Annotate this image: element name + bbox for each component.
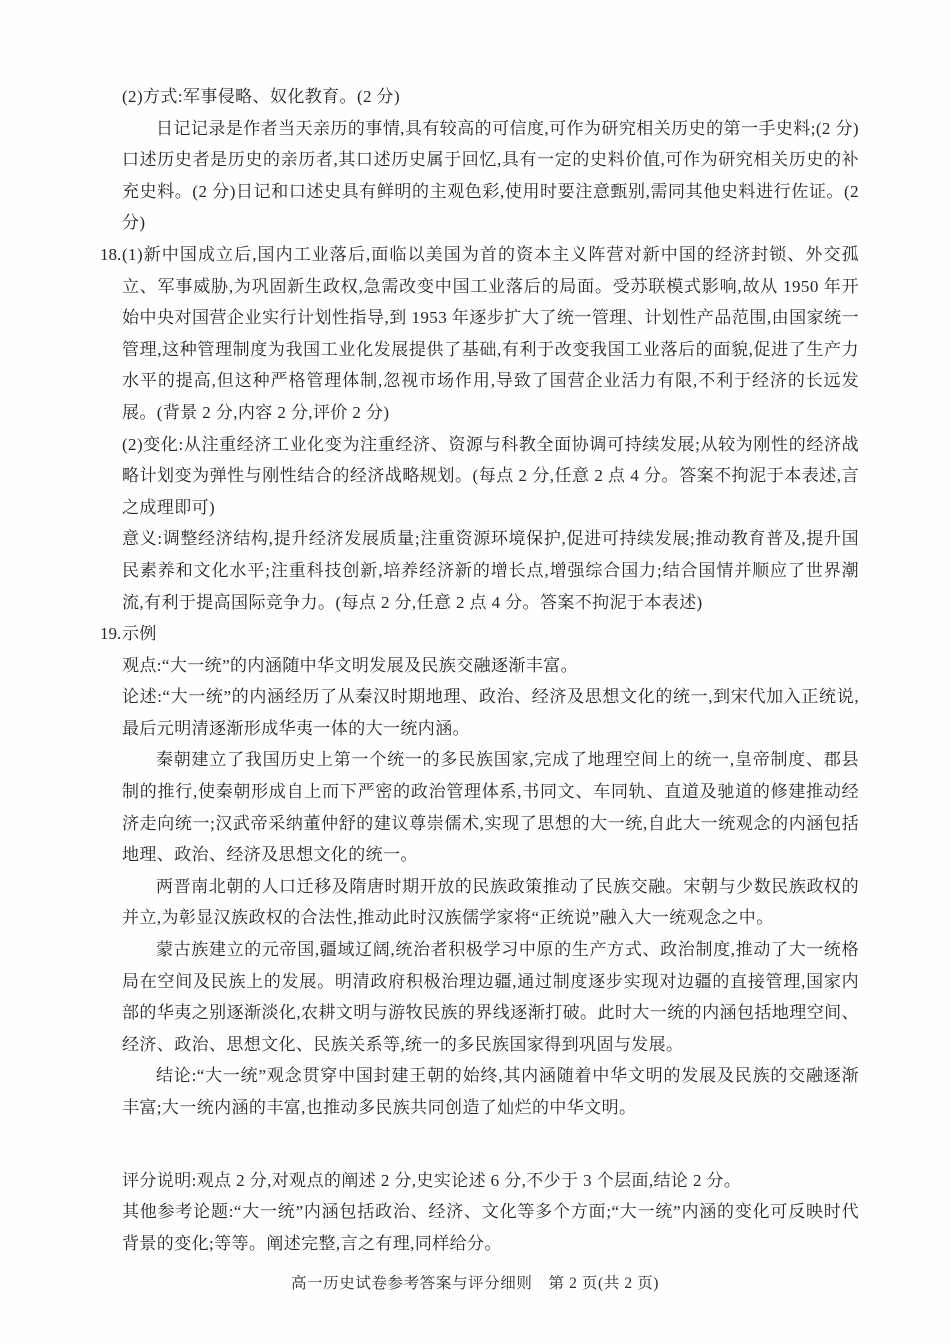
- page-footer: 高一历史试卷参考答案与评分细则 第 2 页(共 2 页): [0, 1272, 950, 1296]
- answer-17-method-line: (2)方式:军事侵略、奴化教育。(2 分): [122, 81, 859, 113]
- question-18-number: 18.: [100, 239, 121, 271]
- answer-18-meaning: 意义:调整经济结构,提升经济发展质量;注重资源环境保护,促进可持续发展;推动教育…: [122, 523, 859, 618]
- footer-text: 高一历史试卷参考答案与评分细则 第 2 页(共 2 页): [291, 1275, 659, 1292]
- answer-19-exposition: 论述:“大一统”的内涵经历了从秦汉时期地理、政治、经济及思想文化的统一,到宋代加…: [122, 681, 859, 744]
- answer-sheet-content: (2)方式:军事侵略、奴化教育。(2 分) 日记记录是作者当天亲历的事情,具有较…: [122, 81, 859, 1259]
- answer-19-example-text: 示例: [122, 624, 157, 643]
- answer-19-viewpoint: 观点:“大一统”的内涵随中华文明发展及民族交融逐渐丰富。: [122, 650, 859, 682]
- answer-19-other-topics: 其他参考论题:“大一统”内涵包括政治、经济、文化等多个方面;“大一统”内涵的变化…: [122, 1196, 859, 1259]
- answer-18-part2: (2)变化:从注重经济工业化变为注重经济、资源与科教全面协调可持续发展;从较为刚…: [122, 429, 859, 524]
- answer-19-paragraph-jin-tang-song: 两晋南北朝的人口迁移及隋唐时期开放的民族政策推动了民族交融。宋朝与少数民族政权的…: [122, 871, 859, 934]
- answer-19-paragraph-yuan-ming-qing: 蒙古族建立的元帝国,疆域辽阔,统治者积极学习中原的生产方式、政治制度,推动了大一…: [122, 934, 859, 1060]
- question-19-number: 19.: [100, 618, 121, 650]
- answer-19-conclusion: 结论:“大一统”观念贯穿中国封建王朝的始终,其内涵随着中华文明的发展及民族的交融…: [122, 1060, 859, 1123]
- answer-17-section: (2)方式:军事侵略、奴化教育。(2 分) 日记记录是作者当天亲历的事情,具有较…: [122, 81, 859, 239]
- answer-18-part1: 18.(1)新中国成立后,国内工业落后,面临以美国为首的资本主义阵营对新中国的经…: [122, 239, 859, 429]
- answer-19-paragraph-qin-han: 秦朝建立了我国历史上第一个统一的多民族国家,完成了地理空间上的统一,皇帝制度、郡…: [122, 744, 859, 870]
- answer-19-example-label: 19.示例: [122, 618, 859, 650]
- answer-18-part1-text: (1)新中国成立后,国内工业落后,面临以美国为首的资本主义阵营对新中国的经济封锁…: [122, 245, 859, 422]
- answer-17-diary-paragraph: 日记记录是作者当天亲历的事情,具有较高的可信度,可作为研究相关历史的第一手史料;…: [122, 113, 859, 239]
- answer-18-section: 18.(1)新中国成立后,国内工业落后,面临以美国为首的资本主义阵营对新中国的经…: [122, 239, 859, 618]
- document-page: (2)方式:军事侵略、奴化教育。(2 分) 日记记录是作者当天亲历的事情,具有较…: [0, 0, 950, 1344]
- answer-19-section: 19.示例 观点:“大一统”的内涵随中华文明发展及民族交融逐渐丰富。 论述:“大…: [122, 618, 859, 1259]
- answer-19-scoring-note: 评分说明:观点 2 分,对观点的阐述 2 分,史实论述 6 分,不少于 3 个层…: [122, 1165, 859, 1197]
